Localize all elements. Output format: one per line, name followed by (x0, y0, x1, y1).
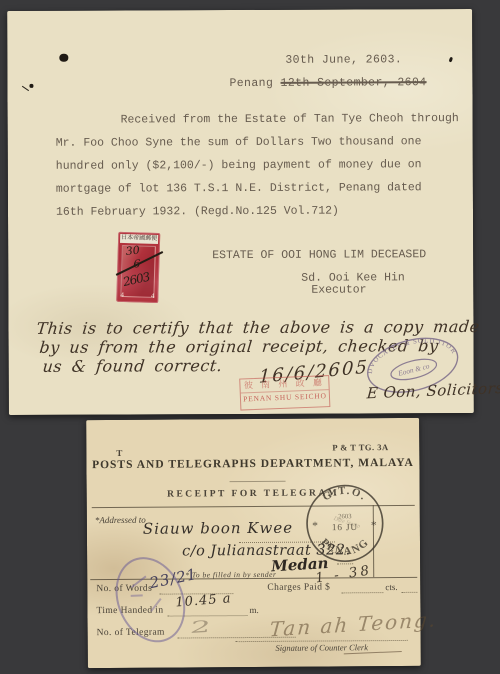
stamp-manuscript-day: 30 (125, 244, 140, 258)
datestamp-left-star: * (312, 519, 318, 532)
signed-role: Executor (311, 283, 366, 296)
oval-stamp-inner-text: Eoon & co (396, 361, 430, 378)
addressee-name: Siauw boon Kwee (143, 519, 293, 538)
svg-text:G.T.O.: G.T.O. (321, 485, 370, 504)
revenue-stamp-inscription: 日本帝國郵便 (120, 234, 158, 244)
body-line: Received from the Estate of Tan Tye Cheo… (56, 112, 456, 137)
body-line: 16th February 1932. (Regd.No.125 Vol.712… (56, 204, 456, 229)
typed-date: 30th June, 2603. (285, 53, 402, 67)
ink-blot (59, 54, 68, 62)
time-unit: m. (249, 605, 258, 615)
body-line: Mr. Foo Choo Syne the sum of Dollars Two… (56, 135, 456, 160)
ink-scratch (22, 86, 29, 91)
telegram-receipt-form: T P & T TG. 3A POSTS AND TELEGRAPHS DEPA… (86, 418, 421, 668)
ink-blot (29, 84, 33, 88)
counter-clerk-signature: Tan ah Teong. (269, 607, 438, 641)
telegram-number-value: 2 (188, 617, 212, 637)
gto-datestamp: G.T.O. PENANG * * 2603 16 JU Date Stamp (303, 481, 388, 566)
typed-cancelled-date: 12th September, 2604 (281, 76, 427, 90)
datestamp-right-star: * (371, 519, 377, 532)
stamp-value-right: 4 (151, 292, 155, 300)
certify-line: us & found correct. (42, 356, 224, 376)
body-line: mortgage of lot 136 T.S.1 N.E. District,… (56, 181, 456, 206)
chop-mark (131, 594, 143, 596)
svg-text:PENANG: PENANG (318, 536, 372, 558)
typed-place: Penang (229, 77, 280, 90)
addressed-to-label: *Addressed to (95, 515, 146, 525)
stamp-value-left: 4 (120, 291, 124, 299)
dotted-leader (401, 591, 417, 593)
dotted-leader (341, 591, 383, 593)
datestamp-top-text: G.T.O. (321, 485, 370, 504)
form-code: P & T TG. 3A (332, 442, 388, 452)
department-title: POSTS AND TELEGRAPHS DEPARTMENT, MALAYA (86, 457, 419, 471)
receipt-document: 30th June, 2603. Penang 12th September, … (7, 9, 474, 415)
receipt-body: Received from the Estate of Tan Tye Cheo… (56, 112, 456, 229)
revenue-stamp: 日本帝國郵便 4 4 30 6 2603 (116, 232, 160, 303)
typed-place-date: Penang 12th September, 2604 (229, 76, 426, 90)
body-line: hundred only ($2,100/-) being payment of… (56, 158, 456, 183)
chop-mark (150, 598, 161, 612)
chop-mark (131, 576, 146, 588)
penang-office-stamp: 彼 南 州 政 廳 PENAN SHU SEICHO (239, 375, 330, 411)
form-series-mark: T (116, 448, 122, 458)
estate-heading: ESTATE OF OOI HONG LIM DECEASED (212, 248, 426, 262)
sender-footnote: * To be filled in by sender (185, 570, 276, 580)
title-rule (230, 481, 286, 482)
ink-speck (449, 57, 454, 63)
charges-unit: cts. (385, 582, 397, 592)
datestamp-bottom-text: PENANG (318, 536, 372, 558)
